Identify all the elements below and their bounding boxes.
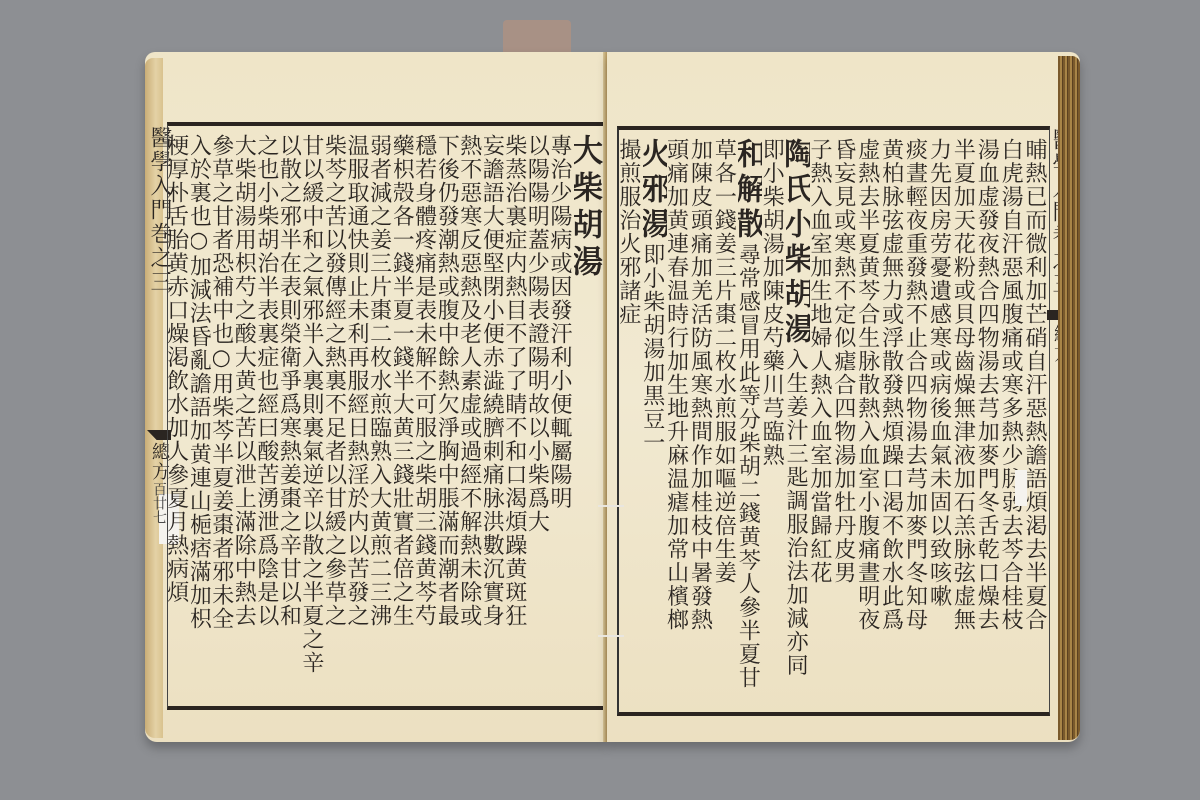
text-column: 入於裏也○加減法昏亂譫語加黄連山梔痞滿加枳 (191, 126, 214, 714)
left-text-frame: 大柴胡湯 專治少陽病或因發汗利小便輒屬陽明 以陽陽明蓋少陽表證陽明故以小柴爲大 … (167, 122, 604, 710)
text-column: 藥枳殻各一錢半夏一錢半大黄三錢壯實者倍之生 (394, 126, 417, 714)
formula-heading-column: 火邪湯即小柴胡湯加黒豆一 (643, 130, 667, 720)
text-column: 即小柴胡湯加陳皮芍藥川芎臨熟 (762, 130, 786, 720)
formula-heading: 和解散 (738, 138, 762, 243)
formula-text: 入生姜汁三匙調服治法加減亦同 (786, 348, 808, 677)
right-page: 晡熱已而微利加芒硝自汗惡熱譫語煩渇去半夏合 白虎湯自汗惡風腹痛或寒多熱少脉弱去芩… (607, 52, 1080, 742)
text-column: 温服取通快則止未利再服經日熱淫於内以苦發之 (348, 126, 371, 714)
text-column: 柴蒸治裏症内熱目不了了睛不和口渴煩躁黄斑狂 (506, 126, 529, 714)
binding-thread (598, 505, 624, 507)
text-column: 加陳皮頭痛加羌活防風寒熱間作加桂枝中暑發熱 (691, 130, 715, 720)
text-column: 穩若身體疼痛是表未解不可服之柴胡三錢黄芩芍 (416, 126, 439, 714)
formula-heading: 火邪湯 (643, 138, 667, 243)
formula-text: 即小柴胡湯加黒豆一 (643, 243, 665, 455)
left-page: 醫學入門巻之三 總方 百廿七 大柴胡湯 專治少陽病或因發汗利小便輒屬陽明 以陽陽… (145, 52, 607, 742)
text-column: 以散之邪半在表則榮衛爭爲寒熱姜棗之辛甘以和 (281, 126, 304, 714)
text-column: 柴芩之苦以發傳經之熱裏不足者以甘緩之參草之 (326, 126, 349, 714)
right-columns: 晡熱已而微利加芒硝自汗惡熱譫語煩渇去半夏合 白虎湯自汗惡風腹痛或寒多熱少脉弱去芩… (619, 130, 1049, 712)
right-page-edge (1058, 56, 1080, 740)
paper-repair-patch (1015, 470, 1027, 506)
text-column: 以陽陽明蓋少陽表證陽明故以小柴爲大 (529, 126, 552, 714)
right-text-frame: 晡熱已而微利加芒硝自汗惡熱譫語煩渇去半夏合 白虎湯自汗惡風腹痛或寒多熱少脉弱去芩… (617, 126, 1050, 716)
text-column: 黄柏脉弦虚無力或浮散發熱煩躁口渇不飲水此爲 (882, 130, 906, 720)
text-column: 參草之甘者恐補中也○用柴芩半夏姜棗者邪未全 (213, 126, 236, 714)
text-column: 半夏加天花粉或貝母齒燥無津液加石羔脉弦虚無 (953, 130, 977, 720)
text-column: 白虎湯自汗惡風腹痛或寒多熱少脉弱去芩合桂枝 (1001, 130, 1025, 720)
formula-heading: 大柴胡湯 (574, 126, 604, 714)
text-column: 痰晝輕夜重發熱不止合四物湯去芎加麥門冬知母 (906, 130, 930, 720)
text-column: 梗厚朴舌胎黄赤口燥渇飲水加人參夏月熱病煩 (168, 126, 191, 714)
formula-text: 尋常感冒用此等分柴胡二錢黄芩人參半夏甘 (738, 243, 760, 690)
text-column: 虚熱去半夏黄芩合生脉散熱入血室小腹痛晝明夜 (858, 130, 882, 720)
formula-heading-column: 陶氏小柴胡湯入生姜汁三匙調服治法加減亦同 (786, 130, 810, 720)
text-column: 弱者減之姜三片棗二枚水煎臨熟入大黄煎二三沸 (371, 126, 394, 714)
text-column: 甘以緩中和之氣邪半入裏則裏氣逆辛以散之半夏之辛 (303, 126, 326, 714)
text-column: 昏妄見或寒熱不定似瘧合四物湯加牡丹皮男 (834, 130, 858, 720)
text-column: 熱不惡寒反惡熱及老人素虚或過經不解熱未除或 (461, 126, 484, 714)
text-column: 妄譫語大便堅閉小便赤澁繞臍刺痛脉洪數沉實身 (484, 126, 507, 714)
formula-heading-column: 和解散尋常感冒用此等分柴胡二錢黄芩人參半夏甘 (738, 130, 762, 720)
text-column: 子熱入血室加生地婦人熱入血室加當歸紅花 (810, 130, 834, 720)
text-column: 晡熱已而微利加芒硝自汗惡熱譫語煩渇去半夏合 (1025, 130, 1049, 720)
text-column: 下後仍發潮熱或腹中餘熱欠淨胸中脹滿而潮者最 (439, 126, 462, 714)
text-column: 專治少陽病或因發汗利小便輒屬陽明 (551, 126, 574, 714)
text-column: 頭痛加黄連春温時行加生地升麻温瘧加常山檳榔 (667, 130, 691, 720)
text-column: 大柴胡湯用枳芍之酸大黄之苦以泄上滿除中熱去 (236, 126, 259, 714)
text-column: 草各一錢姜三片棗二枚水煎服如嘔逆倍生姜 (715, 130, 739, 720)
text-column: 湯血虚發夜熱合四物湯去芎加麥門冬舌乾口燥去 (977, 130, 1001, 720)
left-columns: 大柴胡湯 專治少陽病或因發汗利小便輒屬陽明 以陽陽明蓋少陽表證陽明故以小柴爲大 … (168, 126, 604, 706)
open-book: 醫學入門巻之三 總方 百廿七 大柴胡湯 專治少陽病或因發汗利小便輒屬陽明 以陽陽… (145, 52, 1080, 747)
text-column: 之也小柴胡治半表裏症也經曰酸苦湧泄爲陰是以 (258, 126, 281, 714)
formula-heading: 陶氏小柴胡湯 (786, 138, 810, 348)
binding-thread (598, 635, 624, 637)
page-number: 百廿七 (149, 482, 169, 524)
text-column: 撮煎服治火邪諸症 (619, 130, 643, 720)
text-column: 力先因房劳憂遺感寒或病後血氣未固以致咳嗽 (930, 130, 954, 720)
